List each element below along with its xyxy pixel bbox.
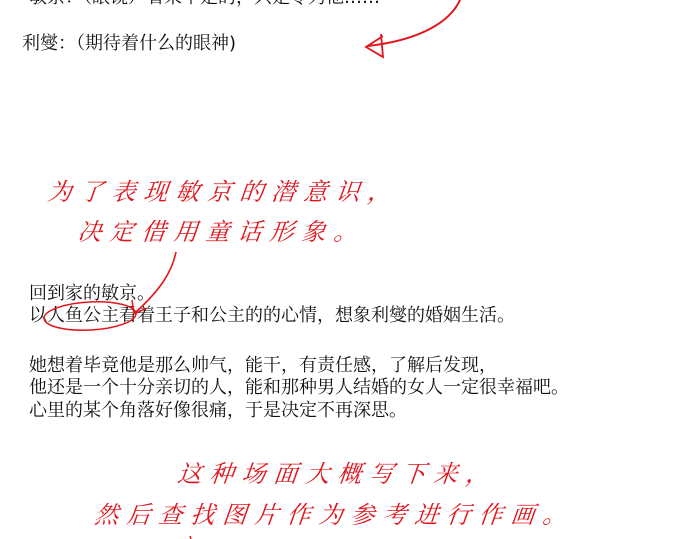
- handwritten-note-1-line-2: 决定借用童话形象。: [76, 212, 368, 247]
- body-para1-line1: 回到家的敏京。: [29, 283, 155, 305]
- body-para2-line3: 心里的某个角落好像很痛，于是决定不再深思。: [29, 400, 407, 422]
- line2-prefix: 以: [29, 305, 47, 326]
- arrowhead-top-icon: [366, 34, 383, 57]
- dialog-line-lixie: 利燮：（期待着什么的眼神): [22, 33, 236, 55]
- highlighted-phrase: 人鱼公主: [47, 305, 119, 326]
- handwritten-note-2-line-2: 然后查找图片作为参考进行作画。: [93, 495, 577, 530]
- handwritten-note-2-line-1: 这种场面大概写下来，: [176, 454, 500, 489]
- dialog-line-cut-off: 敏京：（眼镜）看来不是的，只是专为他……: [29, 0, 380, 9]
- handwritten-note-1-line-1: 为了表现敏京的潜意识，: [46, 172, 402, 207]
- body-para1-line2: 以人鱼公主看着王子和公主的的心情，想象利燮的婚姻生活。: [29, 305, 515, 327]
- curved-arrow-top-icon: [368, 0, 460, 46]
- body-para2-line1: 她想着毕竟他是那么帅气，能干，有责任感，了解后发现，: [29, 355, 497, 377]
- line2-suffix: 看着王子和公主的的心情，想象利燮的婚姻生活。: [119, 305, 515, 326]
- body-para2-line2: 他还是一个十分亲切的人，能和那种男人结婚的女人一定很幸福吧。: [29, 377, 569, 399]
